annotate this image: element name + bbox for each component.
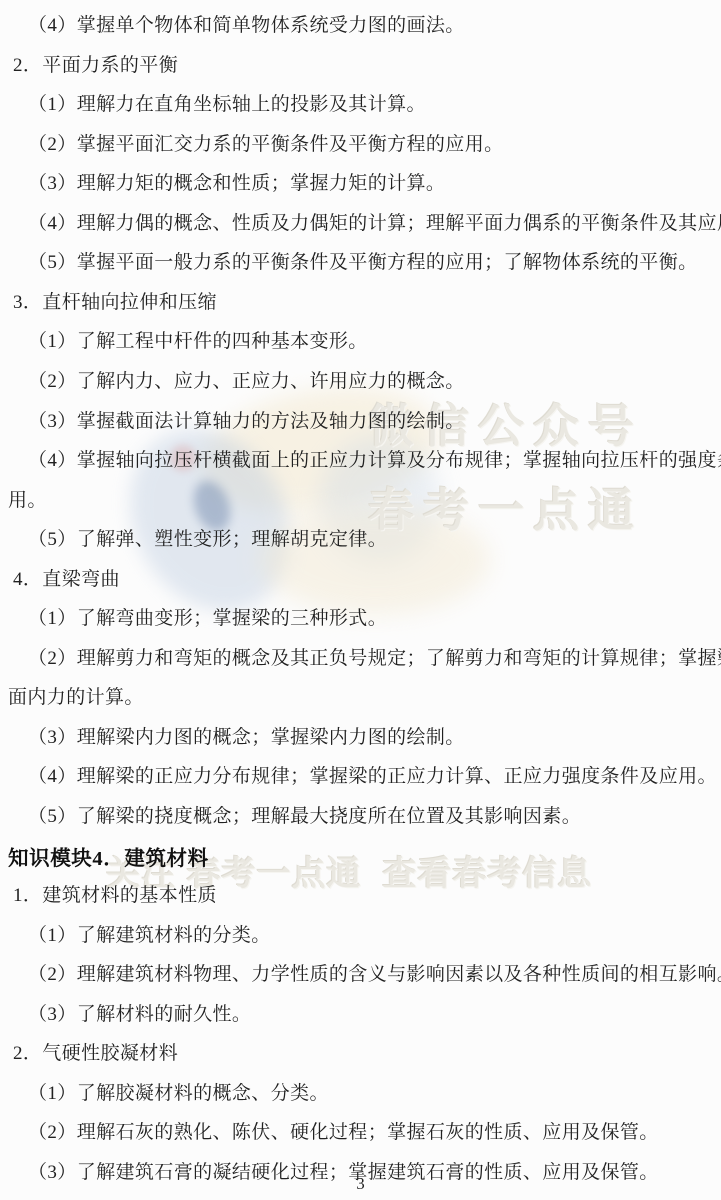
syllabus-line-item: （2）理解建筑材料物理、力学性质的含义与影响因素以及各种性质间的相互影响。 xyxy=(28,959,721,986)
syllabus-line-item: （4）掌握单个物体和简单物体系统受力图的画法。 xyxy=(28,10,465,37)
syllabus-line-item: （1）了解胶凝材料的概念、分类。 xyxy=(28,1078,329,1105)
syllabus-text-block: （4）掌握单个物体和简单物体系统受力图的画法。2．平面力系的平衡（1）理解力在直… xyxy=(0,0,721,1200)
syllabus-line-section: 1．建筑材料的基本性质 xyxy=(13,880,217,907)
syllabus-line-item: （3）了解材料的耐久性。 xyxy=(28,999,251,1026)
syllabus-line-item: （2）掌握平面汇交力系的平衡条件及平衡方程的应用。 xyxy=(28,129,504,156)
syllabus-line-item: （3）理解梁内力图的概念；掌握梁内力图的绘制。 xyxy=(28,722,465,749)
syllabus-line-item: （5）了解弹、塑性变形；理解胡克定律。 xyxy=(28,524,387,551)
syllabus-line-item: （1）理解力在直角坐标轴上的投影及其计算。 xyxy=(28,89,426,116)
syllabus-line-section: 4．直梁弯曲 xyxy=(13,564,120,591)
document-page: 微信公众号 春考一点通 关注 春考一点通 查看春考信息 （4）掌握单个物体和简单… xyxy=(0,0,721,1200)
syllabus-line-item: （4）掌握轴向拉压杆横截面上的正应力计算及分布规律；掌握轴向拉压杆的强度条件及应 xyxy=(28,445,721,472)
syllabus-line-cont: 面内力的计算。 xyxy=(8,682,144,709)
syllabus-line-heading: 知识模块4．建筑材料 xyxy=(8,841,209,871)
syllabus-line-item: （5）了解梁的挠度概念；理解最大挠度所在位置及其影响因素。 xyxy=(28,801,581,828)
page-number: 3 xyxy=(0,1174,721,1194)
syllabus-line-section: 2．气硬性胶凝材料 xyxy=(13,1038,178,1065)
syllabus-line-item: （4）理解力偶的概念、性质及力偶矩的计算；理解平面力偶系的平衡条件及其应用。 xyxy=(28,208,721,235)
syllabus-line-item: （2）理解剪力和弯矩的概念及其正负号规定；了解剪力和弯矩的计算规律；掌握梁指定截 xyxy=(28,643,721,670)
syllabus-line-section: 3．直杆轴向拉伸和压缩 xyxy=(13,287,217,314)
syllabus-line-item: （1）了解工程中杆件的四种基本变形。 xyxy=(28,326,368,353)
syllabus-line-item: （2）了解内力、应力、正应力、许用应力的概念。 xyxy=(28,366,465,393)
syllabus-line-item: （2）理解石灰的熟化、陈伏、硬化过程；掌握石灰的性质、应用及保管。 xyxy=(28,1117,659,1144)
syllabus-line-item: （3）理解力矩的概念和性质；掌握力矩的计算。 xyxy=(28,168,445,195)
syllabus-line-cont: 用。 xyxy=(8,485,47,512)
syllabus-line-item: （1）了解建筑材料的分类。 xyxy=(28,920,271,947)
syllabus-line-section: 2．平面力系的平衡 xyxy=(13,50,178,77)
syllabus-line-item: （1）了解弯曲变形；掌握梁的三种形式。 xyxy=(28,603,387,630)
syllabus-line-item: （3）掌握截面法计算轴力的方法及轴力图的绘制。 xyxy=(28,406,465,433)
syllabus-line-item: （4）理解梁的正应力分布规律；掌握梁的正应力计算、正应力强度条件及应用。 xyxy=(28,761,717,788)
syllabus-line-item: （5）掌握平面一般力系的平衡条件及平衡方程的应用；了解物体系统的平衡。 xyxy=(28,247,698,274)
